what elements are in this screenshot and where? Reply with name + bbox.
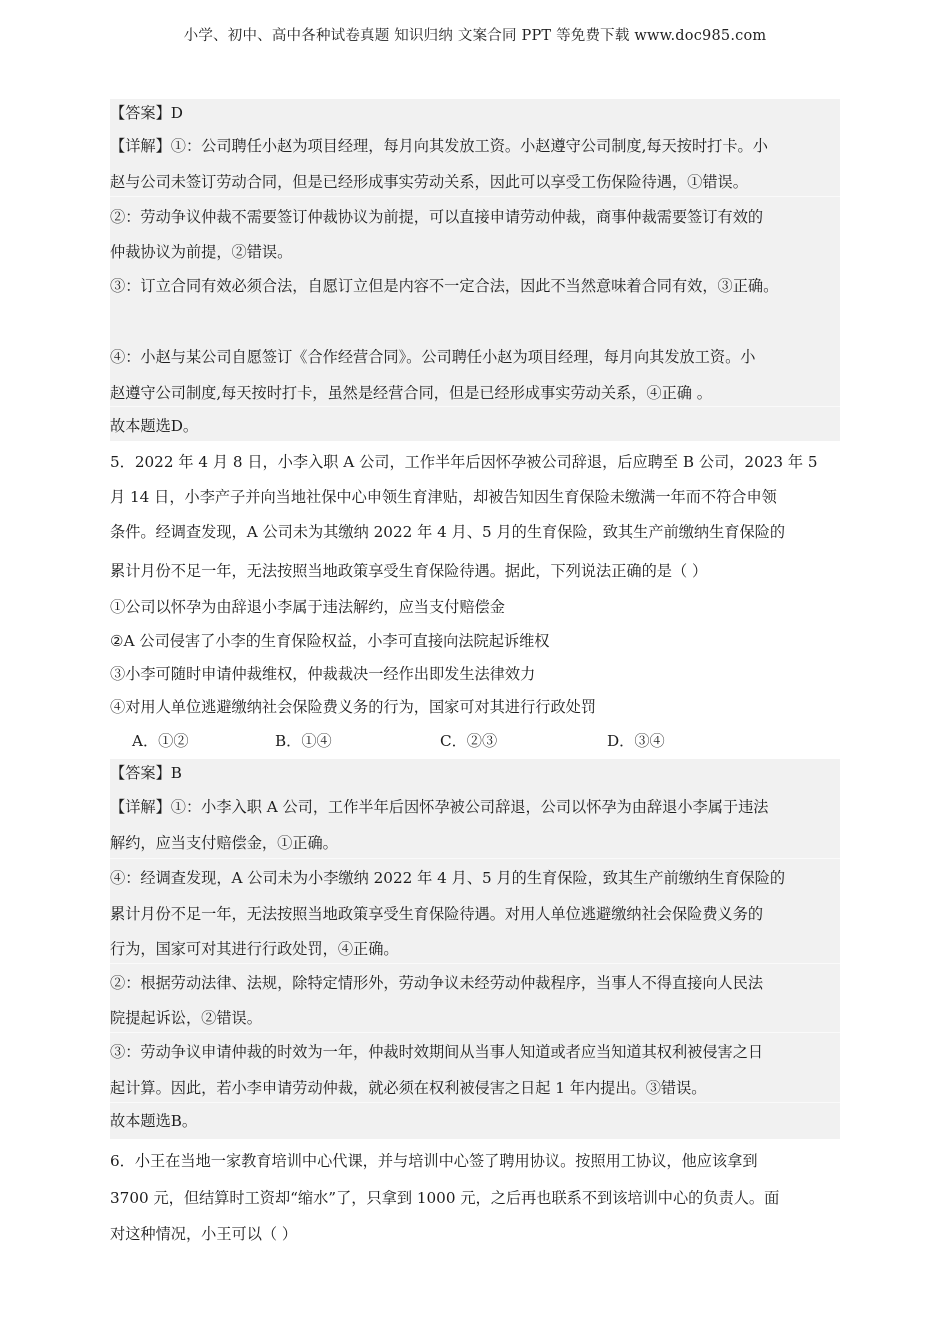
explanation-line: 【详解】①：小李入职 A 公司，工作半年后因怀孕被公司辞退，公司以怀孕为由辞退小… (110, 797, 769, 817)
explanation-line: 起计算。因此，若小李申请劳动仲裁，就必须在权利被侵害之日起 1 年内提出。③错误… (110, 1078, 706, 1098)
option-a: A．①② (132, 731, 189, 751)
explanation-line: ④：经调查发现，A 公司未为小李缴纳 2022 年 4 月、5 月的生育保险，致… (110, 868, 785, 888)
explanation-line: 院提起诉讼，②错误。 (110, 1008, 262, 1028)
option-b: B．①④ (275, 731, 332, 751)
explanation-line: 【详解】①：公司聘任小赵为项目经理，每月向其发放工资。小赵遵守公司制度,每天按时… (110, 136, 768, 156)
explanation-line: ②：根据劳动法律、法规，除特定情形外，劳动争议未经劳动仲裁程序，当事人不得直接向… (110, 973, 763, 993)
explanation-line: 赵与公司未签订劳动合同，但是已经形成事实劳动关系，因此可以享受工伤保险待遇，①错… (110, 172, 748, 192)
question-6-stem: 对这种情况，小王可以（ ） (110, 1224, 297, 1244)
conclusion-line: 故本题选D。 (110, 416, 198, 436)
divider (110, 963, 840, 964)
question-6-stem: 3700 元，但结算时工资却“缩水”了，只拿到 1000 元，之后再也联系不到该… (110, 1188, 779, 1208)
question-6-stem: 6．小王在当地一家教育培训中心代课，并与培训中心签了聘用协议。按照用工协议，他应… (110, 1151, 758, 1171)
explanation-line: ②：劳动争议仲裁不需要签订仲裁协议为前提，可以直接申请劳动仲裁，商事仲裁需要签订… (110, 207, 763, 227)
statement-3: ③小李可随时申请仲裁维权，仲裁裁决一经作出即发生法律效力 (110, 664, 535, 684)
explanation-line: 赵遵守公司制度,每天按时打卡，虽然是经营合同，但是已经形成事实劳动关系，④正确 … (110, 383, 712, 403)
conclusion-line: 故本题选B。 (110, 1111, 197, 1131)
answer-label: 【答案】B (110, 763, 182, 783)
divider (110, 196, 840, 197)
question-5-stem: 累计月份不足一年，无法按照当地政策享受生育保险待遇。据此，下列说法正确的是（ ） (110, 561, 707, 581)
statement-4: ④对用人单位逃避缴纳社会保险费义务的行为，国家可对其进行行政处罚 (110, 697, 596, 717)
option-d: D．③④ (607, 731, 665, 751)
statement-1: ①公司以怀孕为由辞退小李属于违法解约，应当支付赔偿金 (110, 597, 505, 617)
explanation-line: ④：小赵与某公司自愿签订《合作经营合同》。公司聘任小赵为项目经理，每月向其发放工… (110, 347, 755, 367)
explanation-line: 解约，应当支付赔偿金，①正确。 (110, 833, 338, 853)
question-5-stem: 月 14 日，小李产子并向当地社保中心申领生育津贴，却被告知因生育保险未缴满一年… (110, 487, 777, 507)
question-5-stem: 条件。经调查发现，A 公司未为其缴纳 2022 年 4 月、5 月的生育保险，致… (110, 522, 785, 542)
explanation-line: 仲裁协议为前提，②错误。 (110, 242, 292, 262)
option-c: C．②③ (440, 731, 497, 751)
divider (110, 406, 840, 407)
explanation-line: 行为，国家可对其进行行政处罚，④正确。 (110, 939, 399, 959)
q5-answer-block: 【答案】B 【详解】①：小李入职 A 公司，工作半年后因怀孕被公司辞退，公司以怀… (110, 759, 840, 1139)
page-header: 小学、初中、高中各种试卷真题 知识归纳 文案合同 PPT 等免费下载 www.d… (0, 24, 950, 45)
answer-label: 【答案】D (110, 103, 183, 123)
q4-answer-block: 【答案】D 【详解】①：公司聘任小赵为项目经理，每月向其发放工资。小赵遵守公司制… (110, 99, 840, 441)
question-5-stem: 5．2022 年 4 月 8 日，小李入职 A 公司，工作半年后因怀孕被公司辞退… (110, 452, 818, 472)
explanation-line: ③：订立合同有效必须合法，自愿订立但是内容不一定合法，因此不当然意味着合同有效，… (110, 276, 778, 296)
divider (110, 1032, 840, 1033)
divider (110, 858, 840, 859)
statement-2: ②A 公司侵害了小李的生育保险权益，小李可直接向法院起诉维权 (110, 631, 549, 651)
divider (110, 1102, 840, 1103)
explanation-line: 累计月份不足一年，无法按照当地政策享受生育保险待遇。对用人单位逃避缴纳社会保险费… (110, 904, 763, 924)
explanation-line: ③：劳动争议申请仲裁的时效为一年，仲裁时效期间从当事人知道或者应当知道其权利被侵… (110, 1042, 763, 1062)
